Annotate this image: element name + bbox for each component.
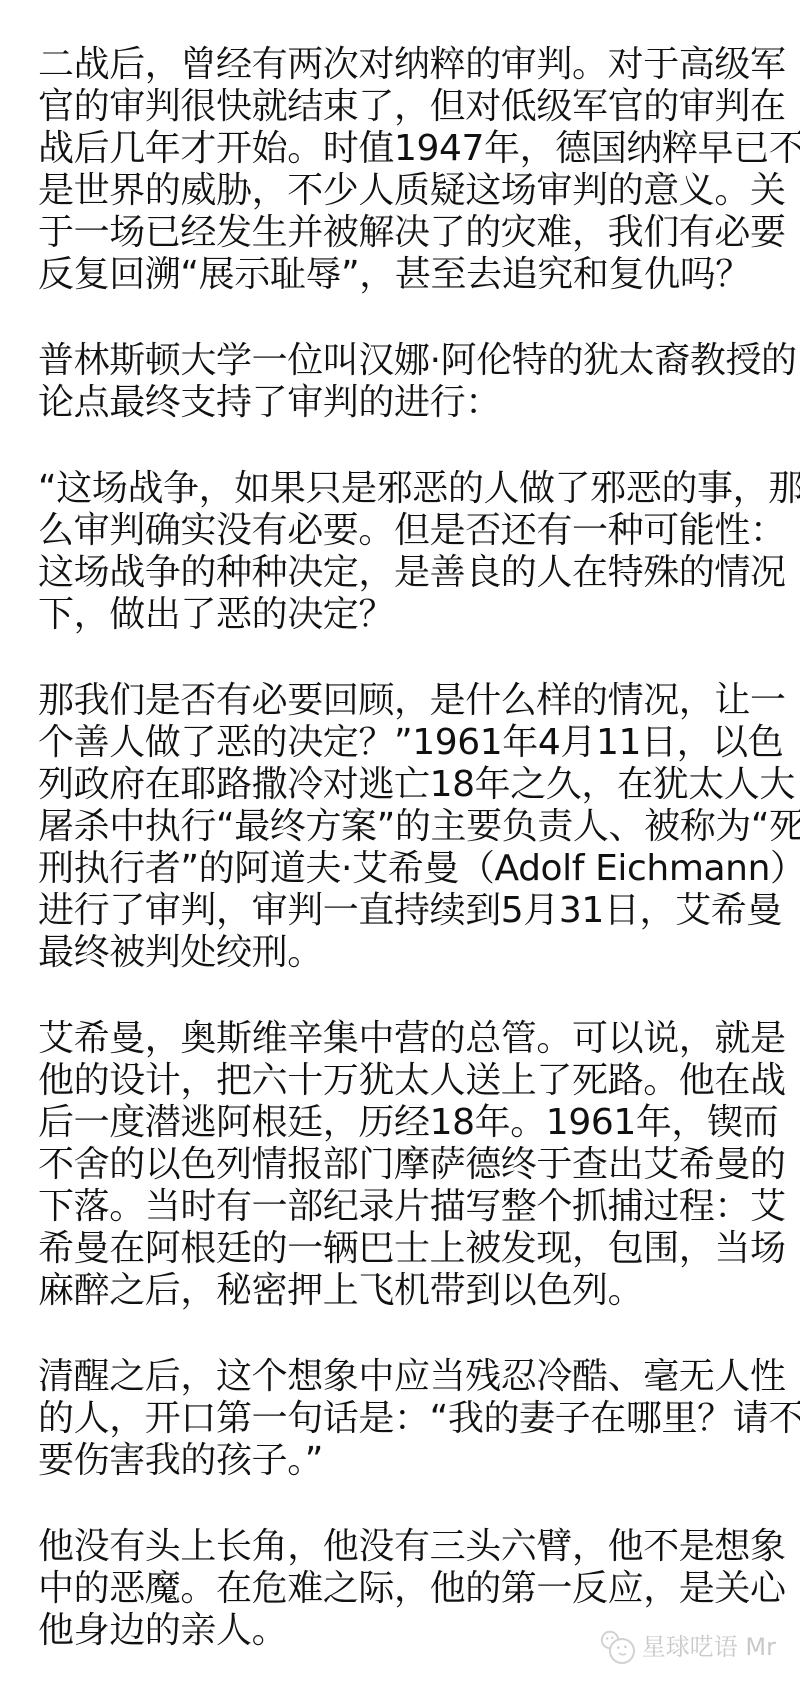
text-line: “这场战争，如果只是邪恶的人做了邪恶的事，那 bbox=[38, 468, 776, 510]
watermark: 星球呓语 Mr bbox=[599, 1629, 776, 1665]
watermark-label: 星球呓语 Mr bbox=[642, 1630, 776, 1664]
text-line: 最终被判处绞刑。 bbox=[38, 932, 776, 974]
text-line: 这场战争的种种决定，是善良的人在特殊的情况 bbox=[38, 552, 776, 594]
text-line: 清醒之后，这个想象中应当残忍冷酷、毫无人性 bbox=[38, 1356, 776, 1398]
text-line: 中的恶魔。在危难之际，他的第一反应，是关心 bbox=[38, 1568, 776, 1610]
text-line: 刑执行者”的阿道夫·艾希曼（Adolf Eichmann） bbox=[38, 848, 776, 890]
text-line: 论点最终支持了审判的进行： bbox=[38, 382, 776, 424]
text-line: 是世界的威胁，不少人质疑这场审判的意义。关 bbox=[38, 170, 776, 212]
text-line: 普林斯顿大学一位叫汉娜·阿伦特的犹太裔教授的 bbox=[38, 340, 776, 382]
paragraph-1: 二战后，曾经有两次对纳粹的审判。对于高级军官的审判很快就结束了，但对低级军官的审… bbox=[38, 44, 776, 296]
text-line: 他的设计，把六十万犹太人送上了死路。他在战 bbox=[38, 1060, 776, 1102]
text-line: 艾希曼，奥斯维辛集中营的总管。可以说，就是 bbox=[38, 1018, 776, 1060]
text-line: 下落。当时有一部纪录片描写整个抓捕过程：艾 bbox=[38, 1186, 776, 1228]
text-line: 进行了审判，审判一直持续到5月31日，艾希曼 bbox=[38, 890, 776, 932]
paragraph-2: 普林斯顿大学一位叫汉娜·阿伦特的犹太裔教授的论点最终支持了审判的进行： bbox=[38, 340, 776, 424]
text-line: 他没有头上长角，他没有三头六臂，他不是想象 bbox=[38, 1526, 776, 1568]
text-line: 么审判确实没有必要。但是否还有一种可能性： bbox=[38, 510, 776, 552]
paragraph-5: 艾希曼，奥斯维辛集中营的总管。可以说，就是他的设计，把六十万犹太人送上了死路。他… bbox=[38, 1018, 776, 1312]
text-line: 那我们是否有必要回顾，是什么样的情况，让一 bbox=[38, 680, 776, 722]
text-line: 麻醉之后，秘密押上飞机带到以色列。 bbox=[38, 1270, 776, 1312]
text-line: 二战后，曾经有两次对纳粹的审判。对于高级军 bbox=[38, 44, 776, 86]
planet-face-icon bbox=[599, 1629, 637, 1665]
paragraph-4: 那我们是否有必要回顾，是什么样的情况，让一个善人做了恶的决定？”1961年4月1… bbox=[38, 680, 776, 974]
paragraph-3: “这场战争，如果只是邪恶的人做了邪恶的事，那么审判确实没有必要。但是否还有一种可… bbox=[38, 468, 776, 636]
text-line: 希曼在阿根廷的一辆巴士上被发现，包围，当场 bbox=[38, 1228, 776, 1270]
text-line: 后一度潜逃阿根廷，历经18年。1961年，锲而 bbox=[38, 1102, 776, 1144]
text-line: 反复回溯“展示耻辱”，甚至去追究和复仇吗？ bbox=[38, 254, 776, 296]
text-line: 要伤害我的孩子。” bbox=[38, 1440, 776, 1482]
text-line: 战后几年才开始。时值1947年，德国纳粹早已不 bbox=[38, 128, 776, 170]
paragraph-6: 清醒之后，这个想象中应当残忍冷酷、毫无人性的人，开口第一句话是：“我的妻子在哪里… bbox=[38, 1356, 776, 1482]
text-line: 屠杀中执行“最终方案”的主要负责人、被称为“死 bbox=[38, 806, 776, 848]
text-line: 不舍的以色列情报部门摩萨德终于查出艾希曼的 bbox=[38, 1144, 776, 1186]
text-line: 个善人做了恶的决定？”1961年4月11日，以色 bbox=[38, 722, 776, 764]
text-line: 下，做出了恶的决定？ bbox=[38, 594, 776, 636]
text-line: 官的审判很快就结束了，但对低级军官的审判在 bbox=[38, 86, 776, 128]
text-line: 于一场已经发生并被解决了的灾难，我们有必要 bbox=[38, 212, 776, 254]
text-line: 列政府在耶路撒冷对逃亡18年之久，在犹太人大 bbox=[38, 764, 776, 806]
article: 二战后，曾经有两次对纳粹的审判。对于高级军官的审判很快就结束了，但对低级军官的审… bbox=[0, 0, 800, 1652]
text-line: 的人，开口第一句话是：“我的妻子在哪里？请不 bbox=[38, 1398, 776, 1440]
